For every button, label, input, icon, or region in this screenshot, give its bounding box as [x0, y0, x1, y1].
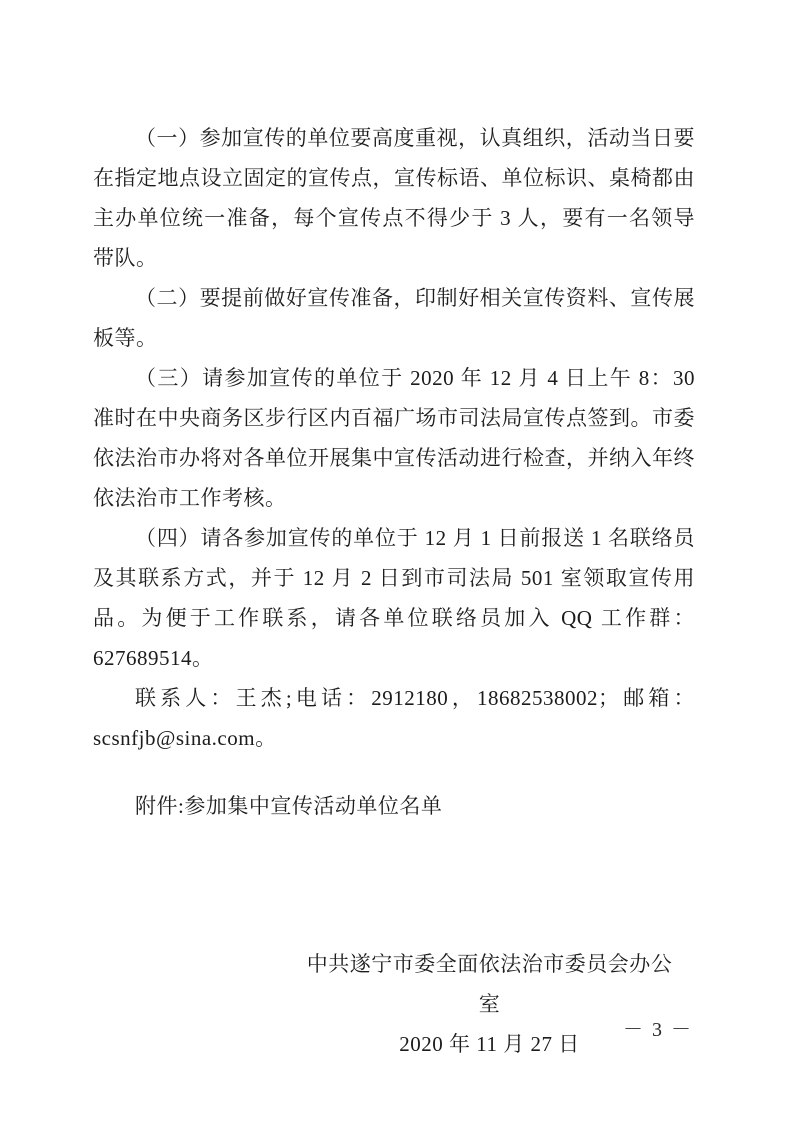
paragraph-item-1: （一）参加宣传的单位要高度重视，认真组织，活动当日要在指定地点设立固定的宣传点，…: [93, 118, 695, 278]
attachment-line: 附件:参加集中宣传活动单位名单: [93, 786, 695, 826]
signature-organization: 中共遂宁市委全面依法治市委员会办公室: [297, 944, 682, 1024]
contact-line: 联系人：王杰;电话：2912180，18682538002；邮箱：scsnfjb…: [93, 678, 695, 758]
paragraph-item-3: （三）请参加宣传的单位于 2020 年 12 月 4 日上午 8：30 准时在中…: [93, 358, 695, 518]
page-number: － 3 －: [623, 1016, 693, 1044]
paragraph-item-2: （二）要提前做好宣传准备，印制好相关宣传资料、宣传展板等。: [93, 278, 695, 358]
signature-block: 中共遂宁市委全面依法治市委员会办公室 2020 年 11 月 27 日: [297, 944, 682, 1064]
paragraph-item-4: （四）请各参加宣传的单位于 12 月 1 日前报送 1 名联络员及其联系方式，并…: [93, 518, 695, 678]
document-page: （一）参加宣传的单位要高度重视，认真组织，活动当日要在指定地点设立固定的宣传点，…: [0, 0, 793, 1122]
document-body: （一）参加宣传的单位要高度重视，认真组织，活动当日要在指定地点设立固定的宣传点，…: [93, 118, 695, 1064]
